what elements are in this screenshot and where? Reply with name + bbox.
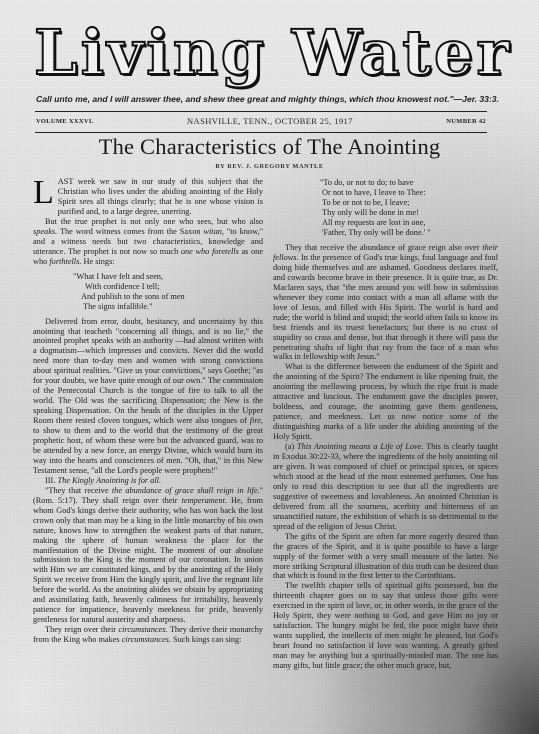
poem-line: 'Father, Thy only will be done.' " bbox=[320, 228, 498, 238]
masthead-word-living: Living bbox=[34, 18, 267, 88]
masthead: Living Water bbox=[34, 18, 512, 88]
number-label: NUMBER 42 bbox=[446, 118, 486, 125]
paragraph-endument: What is the difference between the endum… bbox=[273, 362, 498, 442]
paragraph-twelfth-chapter: The twelfth chapter tells of spiritual g… bbox=[273, 581, 498, 671]
section-heading-kingly-anointing: III. The Kingly Anointing is for all. bbox=[33, 476, 263, 486]
poem-line: And publish to the sons of men bbox=[73, 292, 263, 302]
poem-line: Thy only will be done in me! bbox=[320, 208, 498, 218]
newspaper-page: Living Water Call unto me, and I will an… bbox=[0, 0, 539, 734]
paragraph-life-of-love: (a) This Anointing means a Life of Love.… bbox=[273, 442, 498, 532]
paragraph-reign-in-life: "They that receive the abundance of grac… bbox=[33, 486, 263, 625]
place-date-label: NASHVILLE, TENN., OCTOBER 25, 1917 bbox=[187, 116, 353, 126]
paragraph-reign-over-fellows: They that receive the abundance of grace… bbox=[273, 243, 498, 362]
issue-info-row: VOLUME XXXVI. NASHVILLE, TENN., OCTOBER … bbox=[36, 116, 486, 126]
poem-line: To be or not to be, I leave; bbox=[320, 198, 498, 208]
volume-label: VOLUME XXXVI. bbox=[36, 118, 94, 125]
poem-line: The signs infallible." bbox=[73, 302, 263, 312]
drop-cap: L bbox=[33, 179, 54, 207]
poem-line: "What I have felt and seen, bbox=[73, 272, 263, 282]
poem-line: "To do, or not to do; to have bbox=[320, 178, 498, 188]
article-title: The Characteristics of The Anointing bbox=[0, 134, 539, 160]
poem-line: With confidence I tell; bbox=[73, 282, 263, 292]
article-column-left: LAST week we saw in our study of this su… bbox=[33, 177, 263, 645]
article-byline: BY REV. J. GREGORY MANTLE bbox=[0, 163, 539, 170]
masthead-word-water: Water bbox=[292, 18, 512, 88]
divider-rule-bottom bbox=[35, 132, 487, 133]
poem-line: All my requests are lost in one, bbox=[320, 218, 498, 228]
paragraph-delivered: Delivered from error, doubt, hesitancy, … bbox=[33, 317, 263, 476]
poem-what-i-have-felt: "What I have felt and seen, With confide… bbox=[33, 272, 263, 312]
divider-rule-top bbox=[35, 111, 487, 112]
paragraph-gifts-of-spirit: The gifts of the Spirit are often far mo… bbox=[273, 532, 498, 582]
poem-to-do-or-not-to-do: "To do, or not to do; to have Or not to … bbox=[273, 178, 498, 238]
paragraph-intro: LAST week we saw in our study of this su… bbox=[33, 177, 263, 217]
poem-line: Or not to have, I leave to Thee: bbox=[320, 188, 498, 198]
paragraph-prophet: But the true prophet is not only one who… bbox=[33, 217, 263, 267]
article-column-right: "To do, or not to do; to have Or not to … bbox=[273, 176, 498, 671]
paragraph-circumstances: They reign over their circumstances. The… bbox=[33, 625, 263, 645]
masthead-motto: Call unto me, and I will answer thee, an… bbox=[36, 94, 516, 104]
